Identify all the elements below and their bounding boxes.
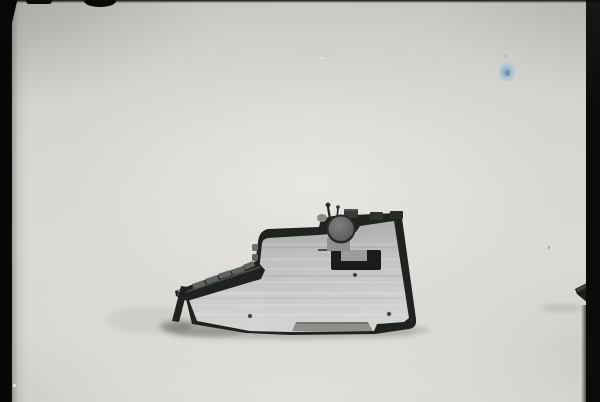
blue-ink-stain-core (505, 70, 510, 76)
photograph (0, 0, 600, 402)
release-nub (317, 214, 327, 222)
tab-block-1-top (344, 209, 358, 211)
dust-speck (321, 57, 324, 59)
carriage-notch-inner (341, 250, 367, 261)
blue-ink-stain (499, 62, 516, 81)
lever2-knob (336, 205, 340, 209)
base-recess-shade (296, 322, 368, 324)
step-nub-2 (252, 254, 258, 261)
blue-ink-stain-satellite (503, 54, 507, 58)
tab-block-2 (370, 212, 383, 220)
dust-speck (548, 246, 550, 249)
film-edge-left-fade (12, 0, 28, 402)
dust-speck (13, 384, 16, 387)
film-edge-top-segment (26, 0, 52, 4)
tab-block-3 (390, 211, 403, 219)
machine-illustration (0, 0, 600, 402)
lever-knob (326, 203, 331, 208)
step-nub-1 (252, 244, 258, 251)
film-edge-left (0, 0, 12, 402)
film-edge-right-lower (581, 305, 600, 402)
